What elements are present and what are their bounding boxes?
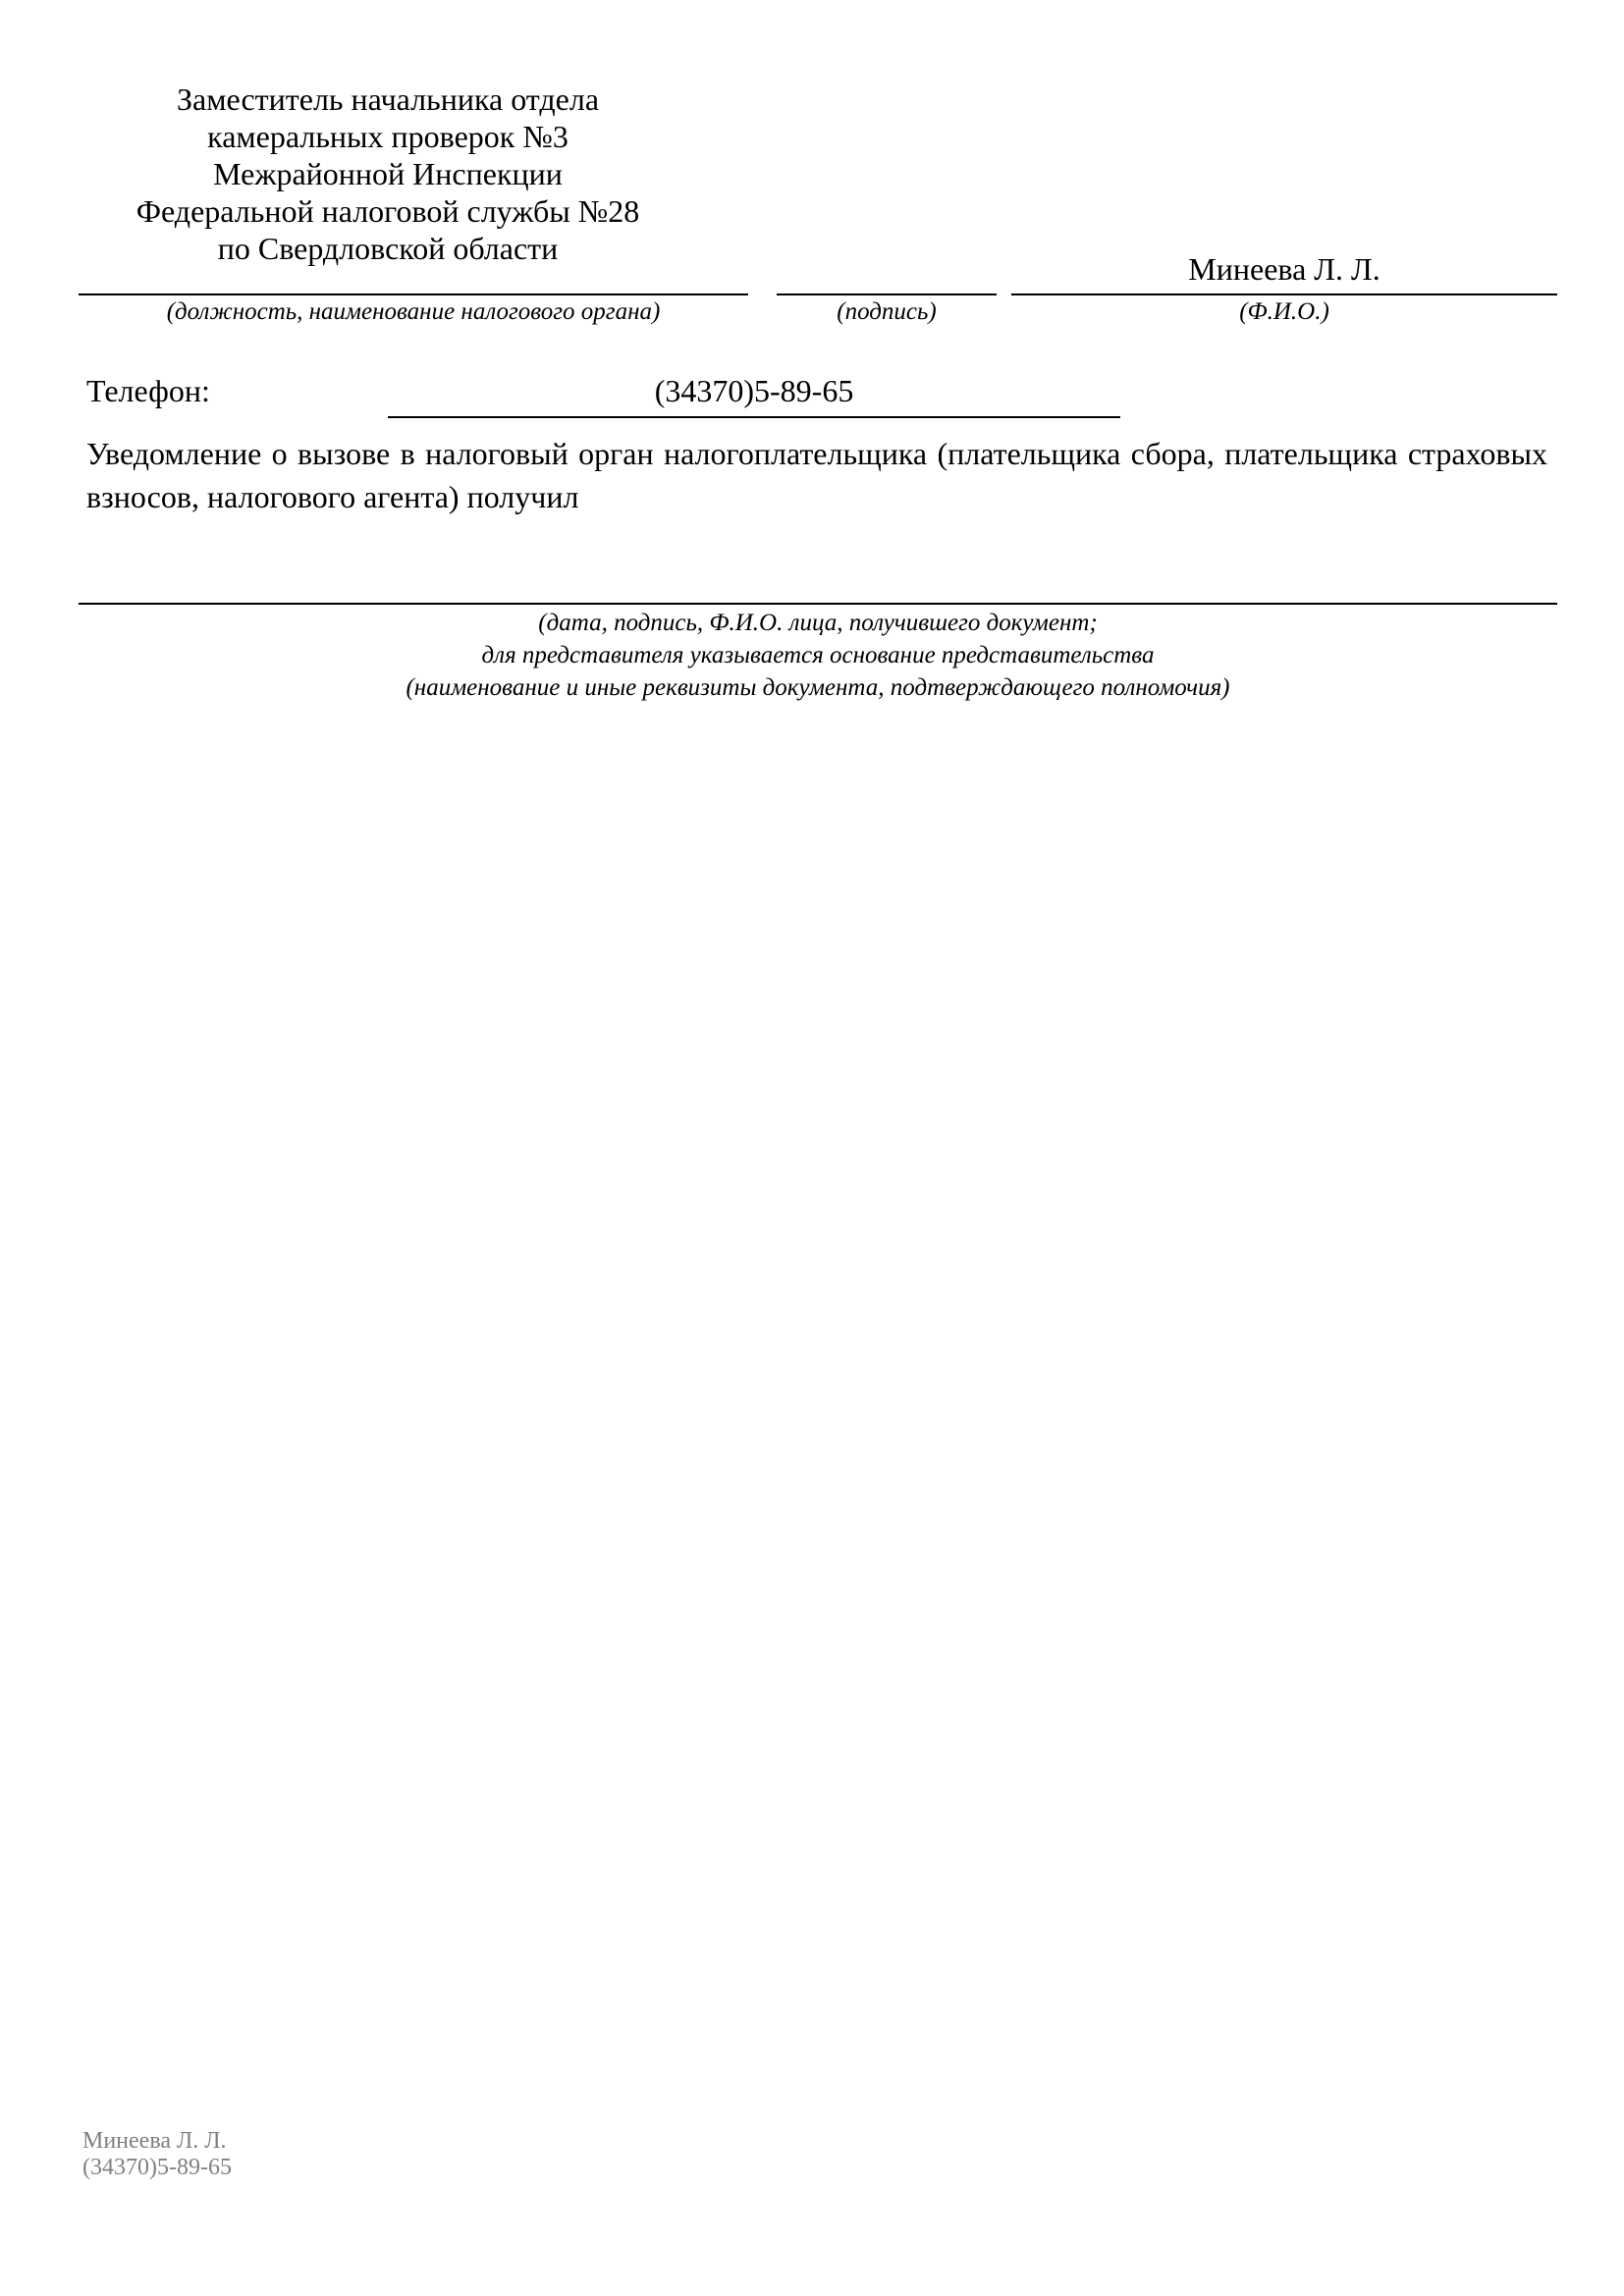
receipt-caption: (дата, подпись, Ф.И.О. лица, получившего… (79, 607, 1557, 704)
position-line: по Свердловской области (79, 230, 697, 267)
name-value: Минеева Л. Л. (1011, 251, 1557, 288)
name-caption: (Ф.И.О.) (1011, 298, 1557, 326)
position-line: камеральных проверок №3 (79, 118, 697, 155)
receipt-caption-line: (дата, подпись, Ф.И.О. лица, получившего… (79, 607, 1557, 639)
signature-caption: (подпись) (777, 298, 997, 326)
position-title: Заместитель начальника отдела камеральны… (79, 80, 697, 267)
position-line: Заместитель начальника отдела (79, 80, 697, 118)
footer-contact: Минеева Л. Л. (34370)5-89-65 (82, 2128, 232, 2181)
phone-underline (388, 416, 1120, 418)
position-caption: (должность, наименование налогового орга… (79, 298, 748, 326)
receipt-text: Уведомление о вызове в налоговый орган н… (86, 432, 1547, 518)
footer-phone: (34370)5-89-65 (82, 2155, 232, 2181)
name-underline (1011, 294, 1557, 295)
position-line: Федеральной налоговой службы №28 (79, 192, 697, 230)
phone-label: Телефон: (86, 373, 210, 409)
position-underline (79, 294, 748, 295)
position-line: Межрайонной Инспекции (79, 155, 697, 192)
receipt-underline (79, 603, 1557, 605)
signature-underline (777, 294, 997, 295)
receipt-caption-line: (наименование и иные реквизиты документа… (79, 671, 1557, 704)
phone-value: (34370)5-89-65 (388, 373, 1120, 409)
footer-name: Минеева Л. Л. (82, 2128, 232, 2155)
receipt-caption-line: для представителя указывается основание … (79, 639, 1557, 671)
